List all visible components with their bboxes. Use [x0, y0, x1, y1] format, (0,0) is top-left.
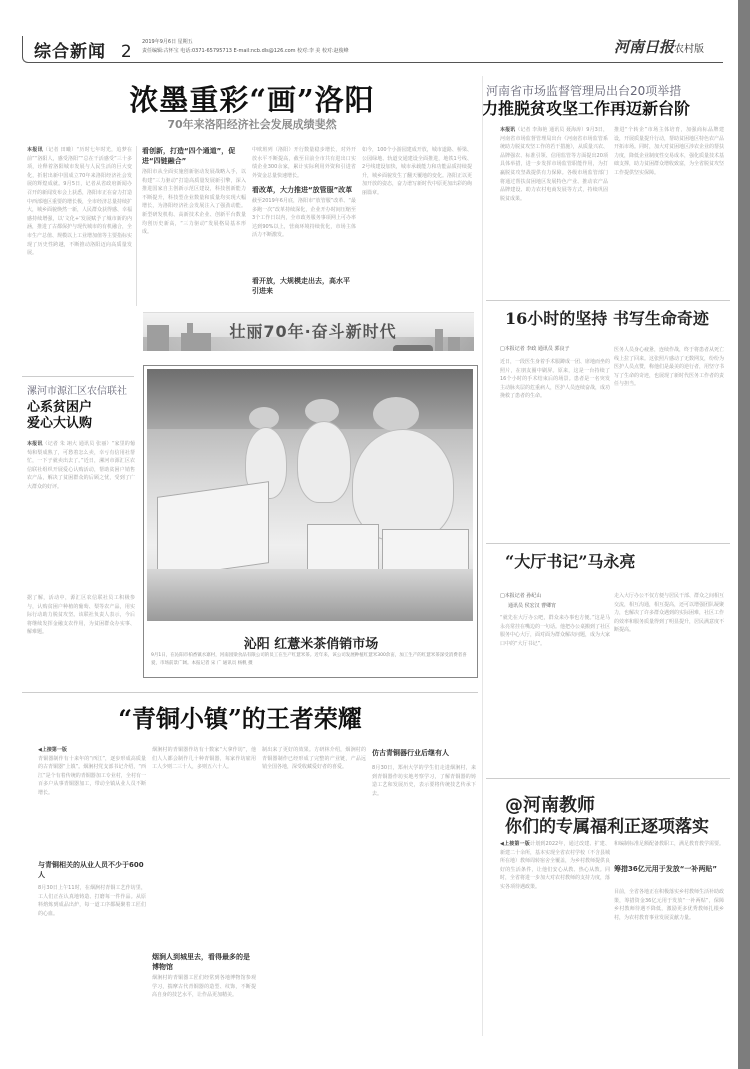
- headline-hall-secretary: “大厅书记”马永亮: [505, 549, 735, 572]
- article-16-hours-col1: 近日，一段医生身着手术服蹲成一团、席地而坐的照片，在朋友圈中刷屏。原来，这是一台…: [500, 358, 610, 538]
- worker-cap: [305, 399, 339, 423]
- continued-marker: ◀上接第一版: [500, 841, 530, 847]
- article-bronze-col1: ◀上接第一版青铜器制作有十来年的“西江”，逐步形成高质量的古青铜器“上镇”。烟涧…: [38, 746, 146, 844]
- article-luoyang-col4: 如今，100个小游园建成开放，城市道路、桥梁、公园绿地、轨道交通建设全面推进，地…: [362, 146, 472, 306]
- worker-cap: [249, 407, 279, 429]
- article-luoyang-col2: 洛阳市从全面实施创新驱动发展战略入手，以构建“三力驱动”打造高质量发展新引擎，深…: [142, 168, 246, 306]
- page-column-divider: [482, 76, 483, 1036]
- logo-suffix: 农村版: [674, 44, 704, 55]
- subhead-successors: 仿古青铜器行业后继有人: [372, 748, 476, 758]
- section-divider: [22, 692, 478, 693]
- banner-tower: [435, 329, 443, 351]
- body-text: （记者 田曦）“历时七年时光，追梦在前”“洛阳人，感受洛阳”“总在干活感受”三十…: [27, 147, 132, 256]
- article-luoyang-col3: 截至2019年6月底，洛阳市“放管服”改革、“最多跑一次”改革持续深化，企业开办…: [252, 197, 356, 272]
- headline-luoyang: 浓墨重彩“画”洛阳: [112, 78, 392, 119]
- byline-lead: 本报讯: [27, 441, 43, 447]
- byline-lead: 本报讯: [27, 147, 43, 153]
- byline-hall-secretary-2: 通讯员 侯宏汉 曹卿宵: [508, 602, 608, 609]
- article-teachers-col1: ◀上接第一版计划到2022年，通过改建、扩建、新建二十余所，基本实现全省农村学校…: [500, 840, 610, 1040]
- article-bronze-col5: 制出来了更好的效果。方研林介绍，烟涧村的青铜器制作已经形成了完整的产业链，产品远…: [262, 746, 366, 1034]
- section-divider: [22, 376, 134, 377]
- section-divider: [486, 778, 730, 779]
- article-luohe-col2: 据了解，活动中，源汇区农信联社员工积极参与，认购贫困户种植的葡萄、梨等农产品，用…: [27, 594, 135, 686]
- byline-16-hours: □本报记者 李政 通讯员 郭良子: [500, 345, 610, 352]
- banner-70-years: 壮丽70年·奋斗新时代: [143, 312, 474, 351]
- article-bronze-col4: 烟涧村的青铜器工匠们经常到各地博物馆参观学习，揣摩古代青铜器的造型、纹饰，不断提…: [152, 974, 256, 1034]
- article-hall-col2: 走入大厅办公不仅方便与居民干部、群众之间相互交流，相互沟通，相互提高，还可以增强…: [614, 592, 724, 774]
- banner-train: [393, 345, 433, 351]
- banner-title: 壮丽70年·奋斗新时代: [213, 319, 413, 342]
- article-market-col1: 本报讯（记者 李海艳 通讯员 聂海涛）9月3日，河南省市场监督管理局出台《河南省…: [500, 126, 608, 296]
- article-luoyang-col3-top: 中欧班列（洛阳）开行数量稳步增长，对外开放水平不断提高，截至目前全市共有进出口实…: [252, 146, 356, 182]
- subhead-innovation: 看创新，打造“四个通道”，促进“四链融合”: [142, 146, 246, 166]
- issue-date: 2019年9月6日 星期五: [142, 38, 193, 45]
- headline-bronze-town: “青铜小镇”的王者荣耀: [100, 699, 380, 734]
- headline-market-supervision: 力推脱贫攻坚工作再迈新台阶: [482, 96, 732, 119]
- byline-hall-secretary: □本报记者 孙纪山: [500, 592, 610, 599]
- banner-tower: [187, 323, 193, 351]
- subhead-600-people: 与青铜相关的从业人员不少于600人: [38, 860, 146, 880]
- article-teachers-col2: 和编制标准足额配备教职工，满足教育教学需要。: [614, 840, 724, 858]
- section-name: 综合新闻: [34, 42, 106, 62]
- article-teachers-col3: 目前，全省各地正在积极落实乡村教师生活补助政策，筹措资金36亿元用于发放“一补两…: [614, 888, 724, 1038]
- article-bronze-col2: 8月30日上午11时，在烟涧村青铜工艺作坊里，工人们正在认真地铸造、打磨每一件作…: [38, 884, 146, 1034]
- banner-building: [181, 333, 211, 351]
- headline-teachers-2: 你们的专属福利正逐项落实: [505, 812, 709, 837]
- body-text: （记者 李海艳 通讯员 聂海涛）9月3日，河南省市场监督管理局出台《河南省市场监…: [500, 127, 608, 202]
- continued-marker: ◀上接第一版: [38, 747, 67, 753]
- kicker-luohe: 漯河市源汇区农信联社: [27, 382, 127, 397]
- byline-lead: 本报讯: [500, 127, 515, 133]
- logo-text: 河南日报: [614, 38, 674, 56]
- worker-figure: [297, 421, 351, 503]
- editor-line: 责任编辑:古怀宝 电话:0371-65795713 E-mail:ncb.dls…: [142, 47, 349, 54]
- subhead-opening: 看开放，大规模走出去，高水平引进来: [252, 276, 356, 296]
- body-text: 计划到2022年，通过改建、扩建、新建二十余所，基本实现全省农村学校（不含县城所…: [500, 841, 610, 890]
- banner-building: [147, 325, 169, 351]
- article-16-hours-col2: 医务人员身心疲惫，连续作战，终于将患者从死亡线上拉了回来。这张照片感动了无数网友…: [614, 346, 724, 538]
- section-divider: [486, 300, 730, 301]
- article-bronze-col3: 烟涧村的青铜器作坊有十数家“大拿作坊”，他们人人都会制作几十种青铜器，每家作坊雇…: [152, 746, 256, 946]
- banner-building: [448, 337, 460, 351]
- article-hall-col1: “就先在大厅办公吧，群众来办事也方便。”这是马永亮常挂在嘴边的一句话。他把办公桌…: [500, 614, 610, 774]
- page-number: 2: [121, 42, 133, 62]
- article-luoyang-col1: 本报讯（记者 田曦）“历时七年时光，追梦在前”“洛阳人，感受洛阳”“总在干活感受…: [27, 146, 132, 306]
- news-photo-tea-factory: [147, 369, 473, 621]
- body-text: 青铜器制作有十来年的“西江”，逐步形成高质量的古青铜器“上镇”。烟涧村党支部书记…: [38, 756, 146, 796]
- body-text: （记者 朱 翊大 通讯员 张丽）“家里的葡萄和梨成熟了，可愁着怎么卖，幸亏有信用…: [27, 441, 135, 490]
- photo-caption-title: 沁阳 红薏米茶俏销市场: [148, 633, 474, 652]
- tea-box-stack: [157, 481, 269, 579]
- headline-luohe-2: 爱心大认购: [27, 412, 92, 431]
- newspaper-page: 综合新闻 2 2019年9月6日 星期五 责任编辑:古怀宝 电话:0371-65…: [0, 0, 738, 1069]
- column-divider: [136, 146, 137, 306]
- article-market-col2: 推进“个转企”市场主体培育，加强商标品牌建设，开展质量提升行动，帮助贫困地区特色…: [614, 126, 724, 296]
- photo-caption-body: 9月1日，在沁阳市柏香镇水寨村，河南园梁食品有限公司的员工在生产红薏米茶。近年来…: [151, 652, 471, 667]
- section-divider: [486, 543, 730, 544]
- subhead-museum: 烟涧人到城里去，看得最多的是博物馆: [152, 952, 256, 972]
- subhead-luoyang: 70年来洛阳经济社会发展成绩斐然: [118, 116, 386, 132]
- viewer-scrollbar[interactable]: [738, 0, 750, 1069]
- worker-cap: [373, 397, 419, 431]
- headline-16-hours: 16小时的坚持 书写生命奇迹: [505, 306, 740, 329]
- article-luohe-col1: 本报讯（记者 朱 翊大 通讯员 张丽）“家里的葡萄和梨成熟了，可愁着怎么卖，幸亏…: [27, 440, 135, 590]
- newspaper-logo: 河南日报农村版: [614, 36, 704, 57]
- article-bronze-col6: 8月30日，郑州大学的学生们走进烟涧村，来到青铜器作坊实地考察学习，了解青铜器的…: [372, 764, 476, 1034]
- photo-table: [147, 569, 473, 621]
- subhead-36-billion: 筹措36亿元用于发放“一补两贴”: [614, 864, 724, 874]
- section-title: 综合新闻 2: [34, 37, 133, 62]
- subhead-reform: 看改革，大力推进“放管服”改革: [252, 185, 356, 195]
